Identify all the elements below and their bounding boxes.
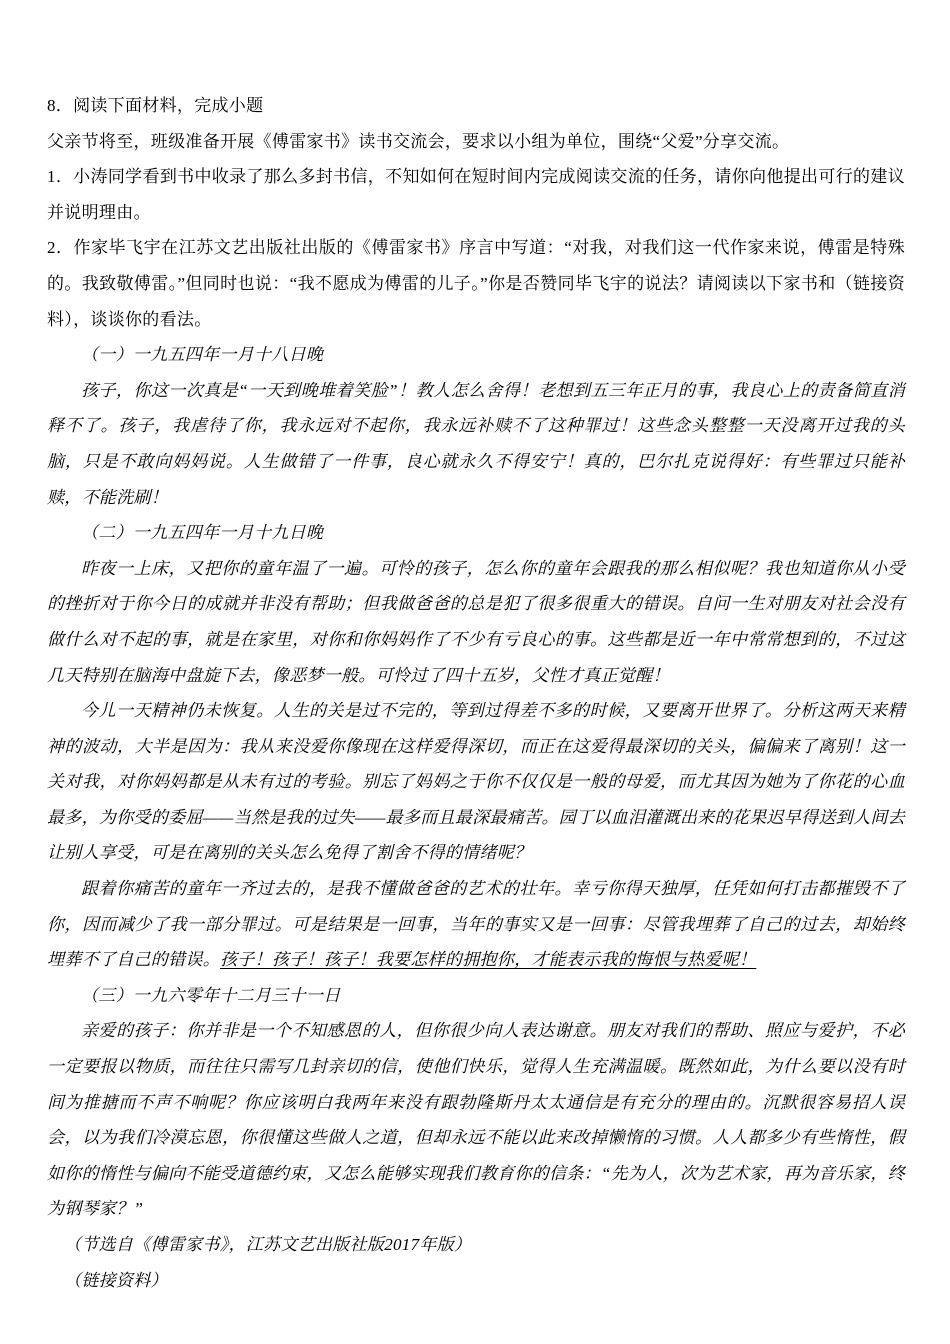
linked-material-label: （链接资料） <box>47 1263 905 1299</box>
source-note: （节选自《傅雷家书》，江苏文艺出版社版2017年版） <box>47 1227 905 1263</box>
letter-2-paragraph-2: 今儿一天精神仍未恢复。人生的关是过不完的，等到过得差不多的时候，又要离开世界了。… <box>47 693 905 871</box>
question-8-header: 8．阅读下面材料，完成小题 <box>47 88 905 124</box>
underlined-sentence: 孩子！孩子！孩子！我要怎样的拥抱你，才能表示我的悔恨与热爱呢！ <box>220 950 756 969</box>
letter-2-paragraph-1: 昨夜一上床，又把你的童年温了一遍。可怜的孩子，怎么你的童年会跟我的那么相似呢？我… <box>47 551 905 693</box>
letter-3-paragraph-1: 亲爱的孩子：你并非是一个不知感恩的人，但你很少向人表达谢意。朋友对我们的帮助、照… <box>47 1013 905 1227</box>
sub-question-1: 1．小涛同学看到书中收录了那么多封书信，不知如何在短时间内完成阅读交流的任务，请… <box>47 159 905 230</box>
scenario-intro: 父亲节将至，班级准备开展《傅雷家书》读书交流会，要求以小组为单位，围绕“父爱”分… <box>47 124 905 160</box>
sub-question-2: 2．作家毕飞宇在江苏文艺出版社出版的《傅雷家书》序言中写道：“对我，对我们这一代… <box>47 230 905 337</box>
document-page: 8．阅读下面材料，完成小题 父亲节将至，班级准备开展《傅雷家书》读书交流会，要求… <box>47 88 905 1298</box>
letter-1-heading: （一）一九五四年一月十八日晚 <box>47 337 905 373</box>
letter-2-heading: （二）一九五四年一月十九日晚 <box>47 515 905 551</box>
letter-1-paragraph-1: 孩子，你这一次真是“一天到晚堆着笑脸”！教人怎么舍得！老想到五三年正月的事，我良… <box>47 373 905 515</box>
letter-2-paragraph-3: 跟着你痛苦的童年一齐过去的，是我不懂做爸爸的艺术的壮年。幸亏你得天独厚，任凭如何… <box>47 871 905 978</box>
letter-3-heading: （三）一九六零年十二月三十一日 <box>47 978 905 1014</box>
